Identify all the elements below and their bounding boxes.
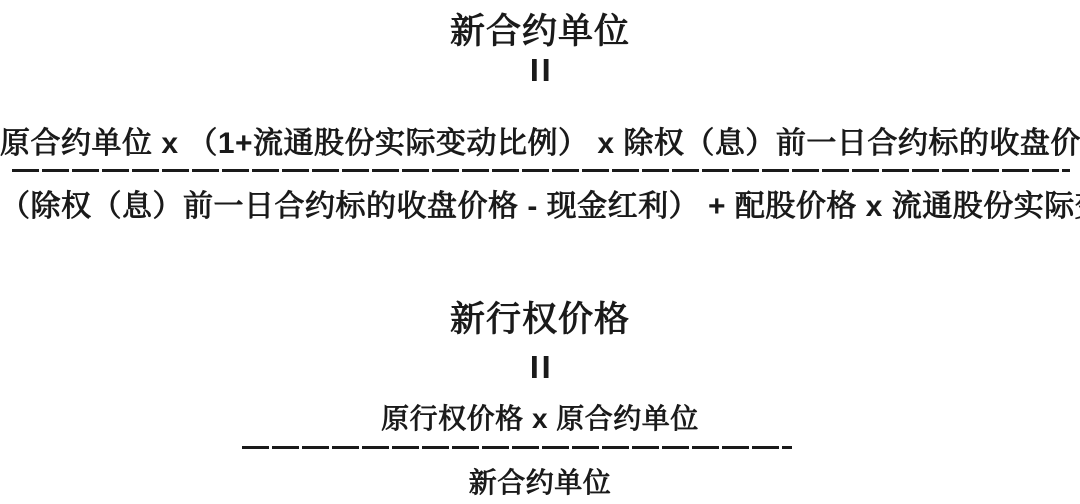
equals-row: = bbox=[0, 345, 1080, 389]
equals-sign: = bbox=[518, 57, 562, 83]
fraction-bar bbox=[12, 169, 1070, 172]
fraction-numerator: 原合约单位 x （1+流通股份实际变动比例） x 除权（息）前一日合约标的收盘价 bbox=[0, 118, 1080, 162]
formula-title: 新行权价格 bbox=[0, 292, 1080, 342]
fraction-numerator: 原行权价格 x 原合约单位 bbox=[0, 397, 1080, 437]
formula-image: 新合约单位 = 原合约单位 x （1+流通股份实际变动比例） x 除权（息）前一… bbox=[0, 0, 1080, 504]
fraction-denominator: （除权（息）前一日合约标的收盘价格 - 现金红利） + 配股价格 x 流通股份实… bbox=[0, 181, 1080, 225]
fraction-denominator: 新合约单位 bbox=[0, 461, 1080, 501]
equals-row: = bbox=[0, 48, 1080, 92]
equals-sign: = bbox=[518, 354, 562, 380]
formula-title: 新合约单位 bbox=[0, 4, 1080, 54]
fraction-bar bbox=[242, 446, 792, 449]
